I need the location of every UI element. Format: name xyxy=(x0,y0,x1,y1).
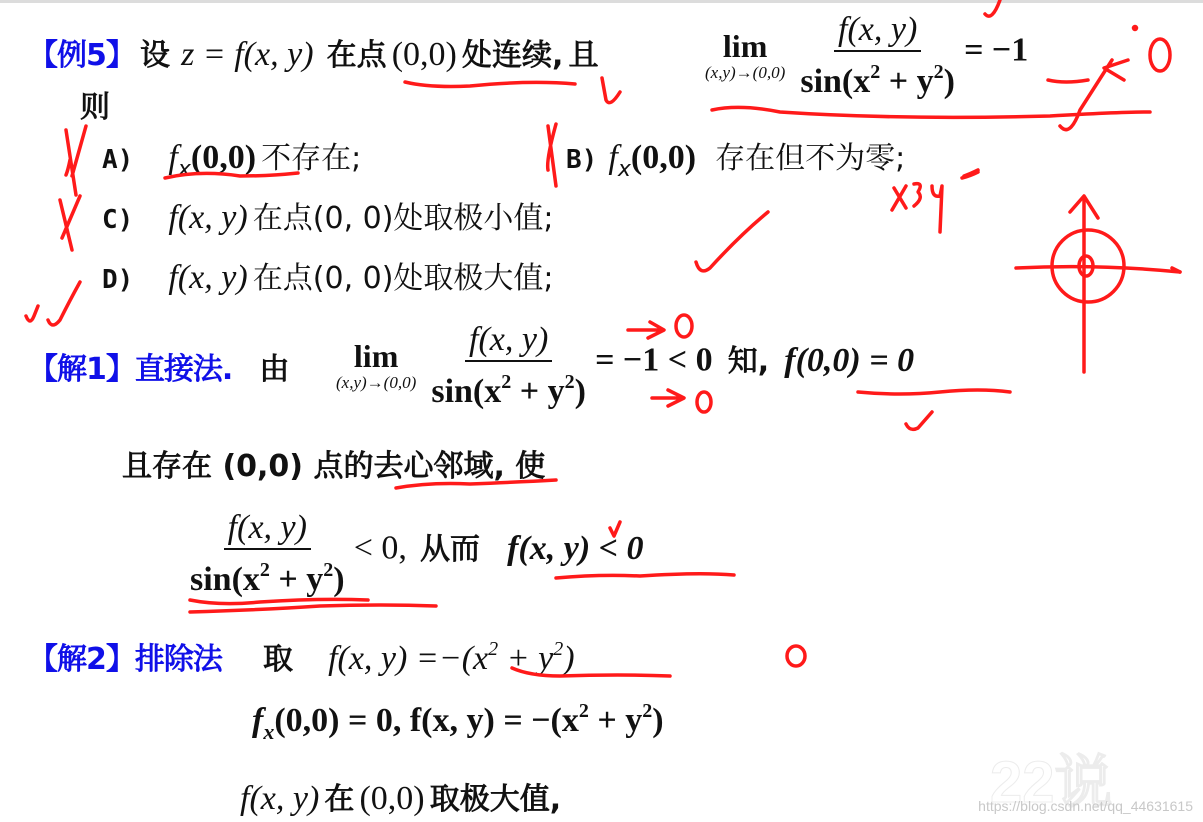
solution1-method: 直接法. xyxy=(135,352,232,387)
underline-limit xyxy=(712,107,1150,117)
limit-operator: lim (x,y)→(0,0) xyxy=(705,29,785,83)
z-equals-f: z = f(x, y) xyxy=(181,36,313,73)
chosen-function: −(x2 + y2) xyxy=(439,640,575,677)
point-origin: (0,0) xyxy=(392,36,457,73)
text-and: 且 xyxy=(568,38,598,73)
text-at-point: 在点 xyxy=(327,38,387,73)
fraction-numerator: f(x, y) xyxy=(834,10,921,52)
limit-fraction: f(x, y) sin(x2 + y2) xyxy=(796,10,959,102)
solution1-tag: 【解1】 xyxy=(28,352,135,387)
text-hence: 从而 xyxy=(420,532,480,567)
solution1-limit-expression: lim (x,y)→(0,0) f(x, y) sin(x2 + y2) = −… xyxy=(336,320,914,412)
note-y xyxy=(932,186,942,232)
option-a: A) fx(0,0) 不存在; xyxy=(102,133,361,182)
check-icon xyxy=(1060,60,1112,130)
option-text: 在点(0, 0)处取极小值; xyxy=(253,201,554,236)
check-icon xyxy=(602,78,620,103)
text-know: 知, xyxy=(728,344,769,379)
option-label: A) xyxy=(102,145,133,175)
zero-digit xyxy=(1150,39,1170,71)
option-b: B) fx(0,0) 存在但不为零; xyxy=(566,133,905,182)
x-axis xyxy=(1016,267,1180,272)
solution1-heading: 【解1】直接法. 由 xyxy=(28,344,289,388)
solution2-tag: 【解2】 xyxy=(28,642,135,677)
example-tag: 【例5】 xyxy=(28,38,135,73)
limit-fraction: f(x, y) sin(x2 + y2) xyxy=(427,320,590,412)
example-statement: 【例5】 设 z = f(x, y) 在点 (0,0) 处连续, 且 xyxy=(28,30,598,74)
watermark-url: https://blog.csdn.net/qq_44631615 xyxy=(978,798,1193,814)
option-d: D) f(x, y) 在点(0, 0)处取极大值; xyxy=(102,253,554,297)
check-icon xyxy=(696,212,768,271)
option-label: D) xyxy=(102,265,133,295)
note-2 xyxy=(914,184,920,206)
limit-operator: lim (x,y)→(0,0) xyxy=(336,339,416,393)
solution1-neighborhood-text: 且存在 (0,0) 点的去心邻域, 使 xyxy=(122,441,545,485)
check-icon xyxy=(906,412,932,429)
solution1-inequality: f(x, y) sin(x2 + y2) < 0, 从而 f(x, y) < 0 xyxy=(186,508,644,600)
underline-denominator-2 xyxy=(190,605,436,612)
cross-icon xyxy=(548,124,556,186)
check-icon xyxy=(48,282,80,325)
option-label: B) xyxy=(566,145,597,175)
neighborhood-circle xyxy=(1052,230,1124,302)
text-by: 由 xyxy=(259,352,289,387)
lim-subscript: (x,y)→(0,0) xyxy=(705,63,785,83)
option-text: 不存在; xyxy=(261,141,361,176)
underline-continuous xyxy=(405,82,575,87)
cross-icon xyxy=(60,196,80,250)
limit-value: = −1 xyxy=(964,32,1028,69)
text-take: 取 xyxy=(263,642,293,677)
fraction-denominator: sin(x2 + y2) xyxy=(796,52,959,102)
hence-result: f(x, y) < 0 xyxy=(507,530,643,567)
option-text: 在点(0, 0)处取极大值; xyxy=(253,261,554,296)
solution2-partial-derivative: fx(0,0) = 0, f(x, y) = −(x2 + y2) xyxy=(252,700,664,745)
lim-word: lim xyxy=(723,29,767,63)
text-she: 设 xyxy=(140,38,170,73)
circle-mark xyxy=(787,646,805,666)
underline-minus-one xyxy=(1048,80,1088,82)
text-continuous: 处连续, xyxy=(462,38,563,73)
conclusion-f00: f(0,0) = 0 xyxy=(784,342,914,379)
top-border xyxy=(0,0,1203,3)
cross-icon xyxy=(66,126,86,195)
option-text: 存在但不为零; xyxy=(715,141,905,176)
note-x xyxy=(892,186,906,210)
y-arrow xyxy=(1070,196,1098,218)
origin-circle xyxy=(1079,256,1093,276)
option-c: C) f(x, y) 在点(0, 0)处取极小值; xyxy=(102,193,554,237)
example-limit-expression: lim (x,y)→(0,0) f(x, y) sin(x2 + y2) = −… xyxy=(705,10,1028,102)
solution2-conclusion: f(x, y) 在 (0,0) 取极大值, xyxy=(240,774,561,818)
limit-result: = −1 < 0 xyxy=(595,342,713,379)
option-label: C) xyxy=(102,205,133,235)
less-than-sign xyxy=(1104,60,1128,80)
text-then: 则 xyxy=(80,82,110,126)
solution2-method: 排除法 xyxy=(135,642,222,677)
solution2-heading: 【解2】排除法 取 f(x, y) =−(x2 + y2) xyxy=(28,634,575,678)
